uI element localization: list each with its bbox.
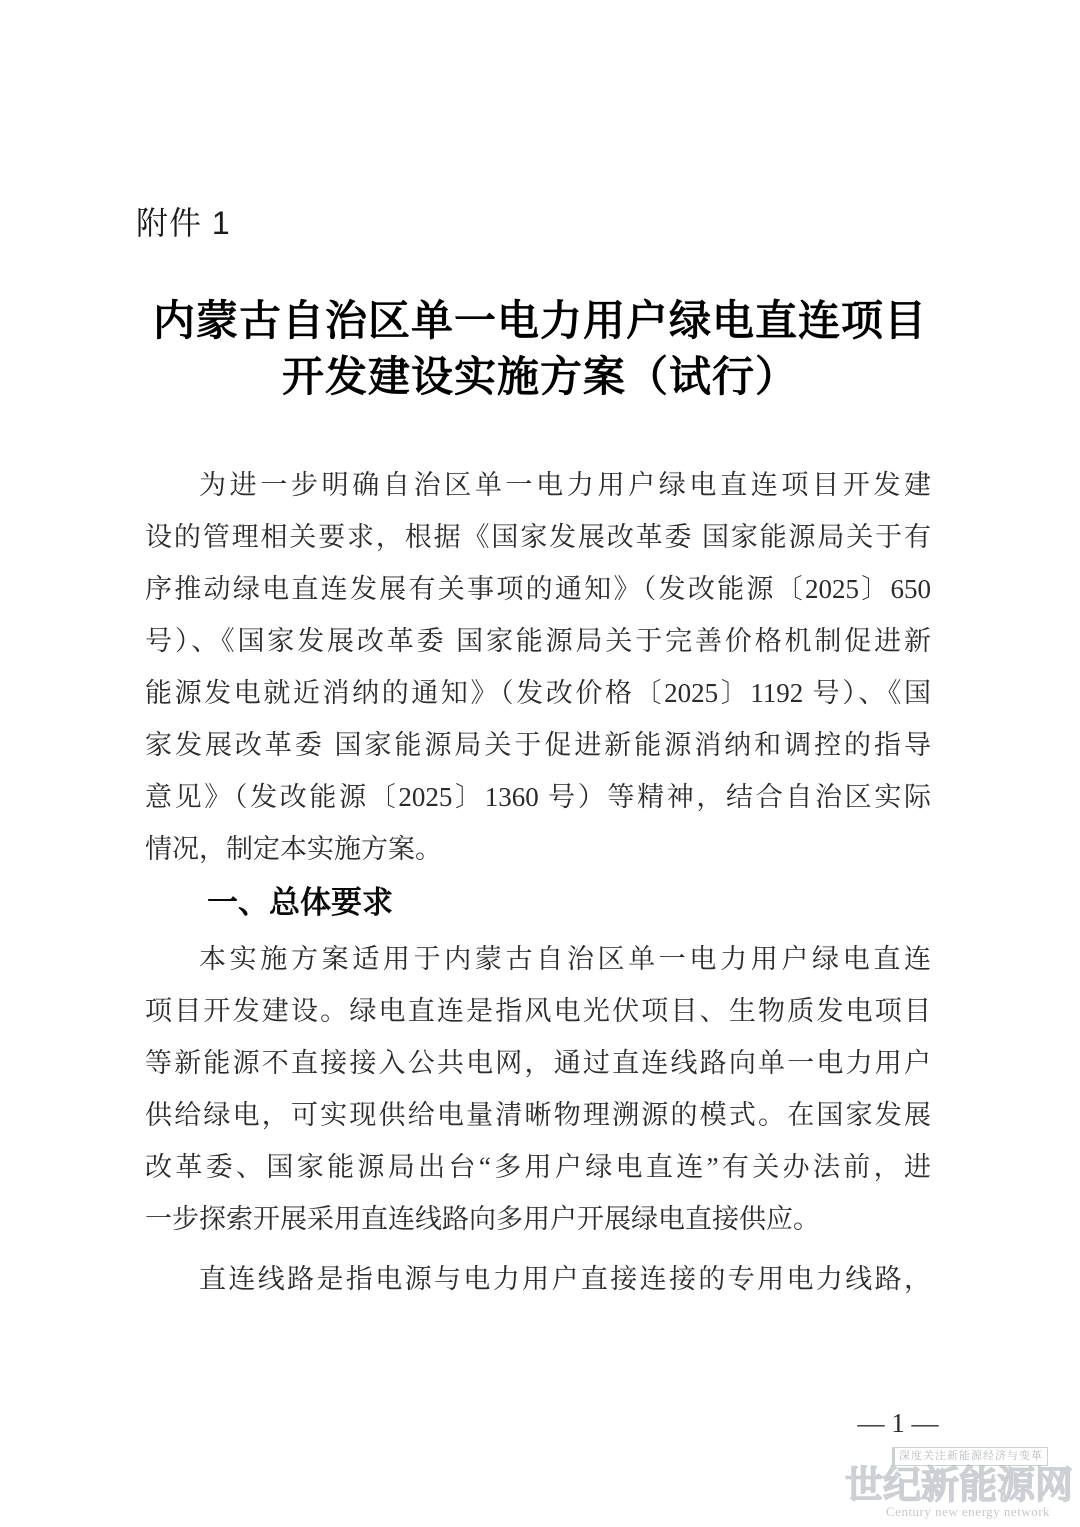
paragraph-line: 序推动绿电直连发展有关事项的通知》（发改能源〔2025〕650 xyxy=(145,563,931,615)
paragraph-line: 供给绿电，可实现供给电量清晰物理溯源的模式。在国家发展 xyxy=(145,1089,931,1141)
paragraph-line: 直连线路是指电源与电力用户直接连接的专用电力线路， xyxy=(145,1253,931,1305)
document-body: 为进一步明确自治区单一电力用户绿电直连项目开发建设的管理相关要求，根据《国家发展… xyxy=(145,459,931,1305)
document-title: 内蒙古自治区单一电力用户绿电直连项目 开发建设实施方案（试行） xyxy=(0,294,1080,406)
paragraph: 本实施方案适用于内蒙古自治区单一电力用户绿电直连项目开发建设。绿电直连是指风电光… xyxy=(145,933,931,1245)
document-title-line-2: 开发建设实施方案（试行） xyxy=(0,350,1080,406)
paragraph-line: 家发展改革委 国家能源局关于促进新能源消纳和调控的指导 xyxy=(145,719,931,771)
paragraph-line: 改革委、国家能源局出台“多用户绿电直连”有关办法前，进 xyxy=(145,1141,931,1193)
paragraph-line: 号）、《国家发展改革委 国家能源局关于完善价格机制促进新 xyxy=(145,615,931,667)
attachment-label: 附件 1 xyxy=(136,198,231,244)
paragraph: 直连线路是指电源与电力用户直接连接的专用电力线路， xyxy=(145,1253,931,1305)
paragraph-line: 能源发电就近消纳的通知》（发改价格〔2025〕1192 号）、《国 xyxy=(145,667,931,719)
paragraph-line: 为进一步明确自治区单一电力用户绿电直连项目开发建 xyxy=(145,459,931,511)
section-heading: 一、总体要求 xyxy=(145,877,931,929)
paragraph: 为进一步明确自治区单一电力用户绿电直连项目开发建设的管理相关要求，根据《国家发展… xyxy=(145,459,931,875)
watermark-site-name-en: Century new energy network xyxy=(886,1504,1050,1520)
paragraph-line: 本实施方案适用于内蒙古自治区单一电力用户绿电直连 xyxy=(145,933,931,985)
document-title-line-1: 内蒙古自治区单一电力用户绿电直连项目 xyxy=(0,294,1080,350)
page-number: — 1 — xyxy=(838,1408,958,1439)
watermark-site-name: 世纪新能源网 xyxy=(845,1464,1073,1508)
paragraph-line: 情况，制定本实施方案。 xyxy=(145,823,931,875)
paragraph-line: 一步探索开展采用直连线路向多用户开展绿电直接供应。 xyxy=(145,1193,931,1245)
paragraph-line: 设的管理相关要求，根据《国家发展改革委 国家能源局关于有 xyxy=(145,511,931,563)
paragraph-line: 等新能源不直接接入公共电网，通过直连线路向单一电力用户 xyxy=(145,1037,931,1089)
document-page: 附件 1 内蒙古自治区单一电力用户绿电直连项目 开发建设实施方案（试行） 为进一… xyxy=(0,0,1080,1527)
paragraph-line: 意见》（发改能源〔2025〕1360 号）等精神，结合自治区实际 xyxy=(145,771,931,823)
paragraph-line: 项目开发建设。绿电直连是指风电光伏项目、生物质发电项目 xyxy=(145,985,931,1037)
